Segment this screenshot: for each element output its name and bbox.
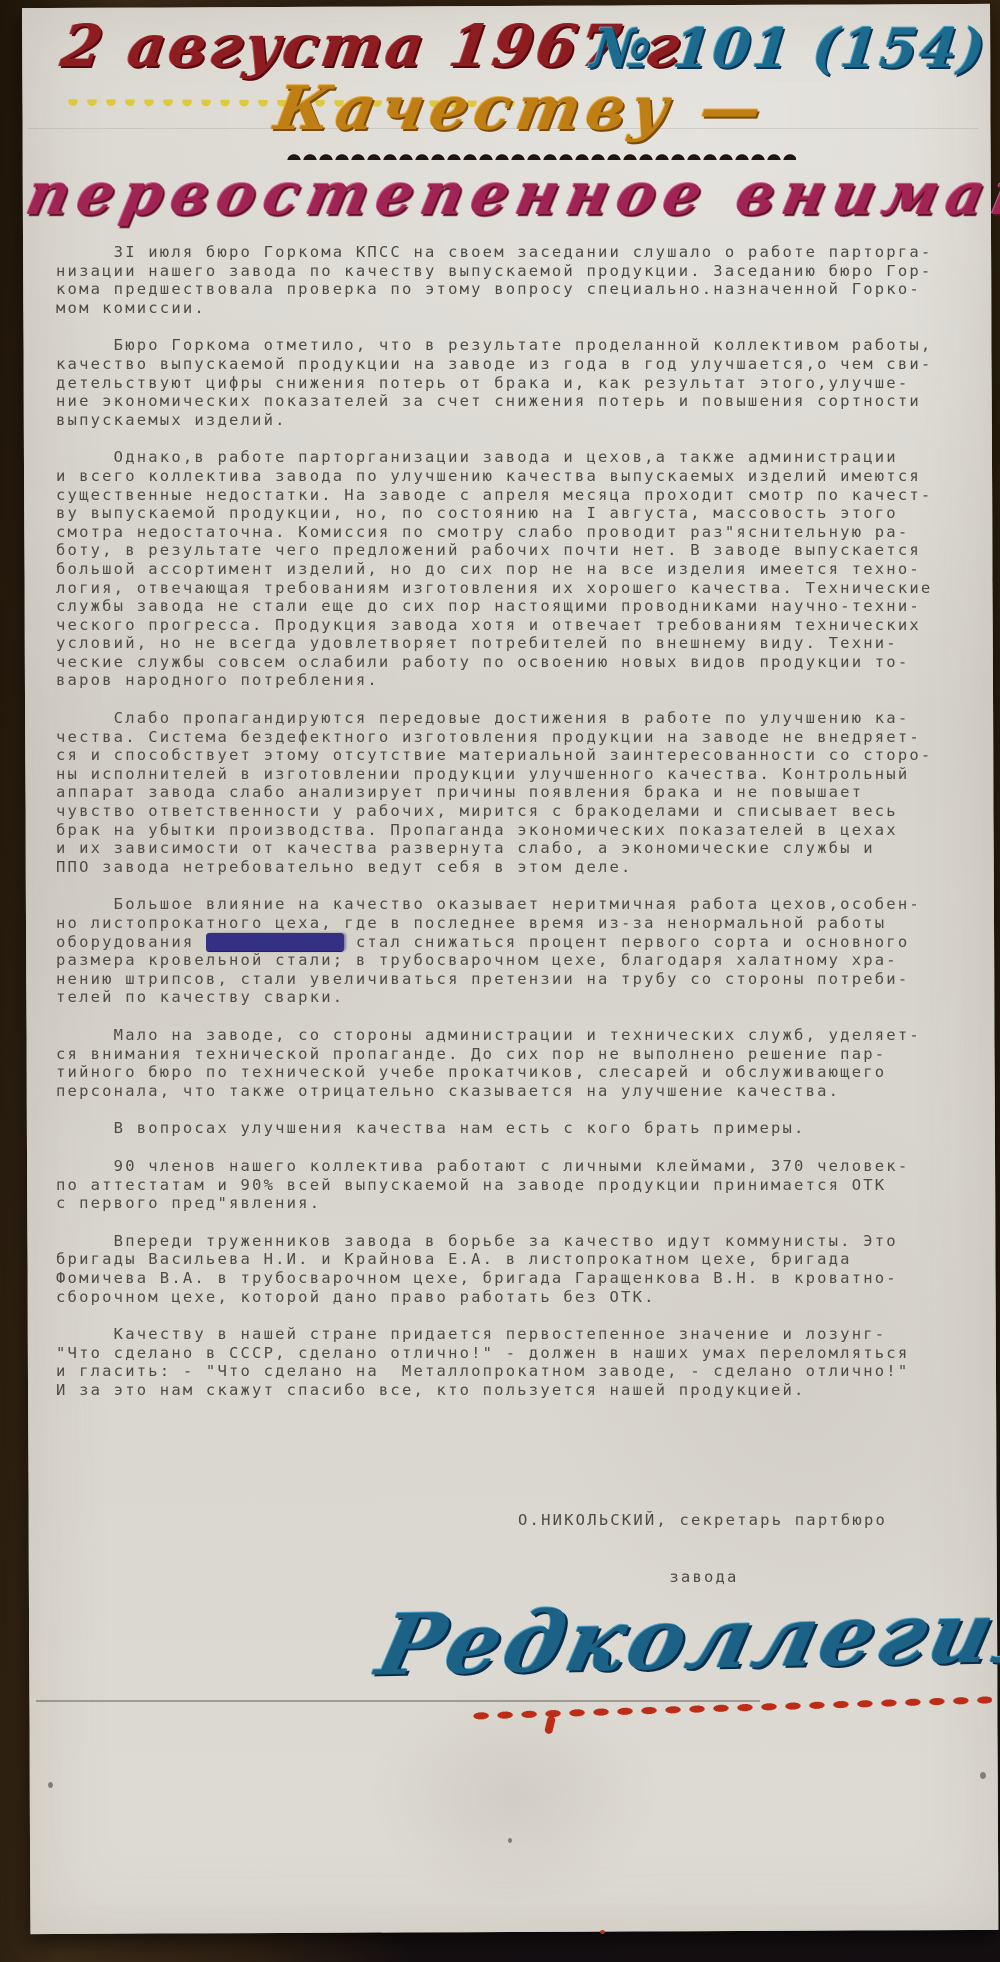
typed-line: условий, но не всегда удовлетворяет потр… — [56, 634, 988, 653]
paragraph: Бюро Горкома отметило, что в результате … — [56, 336, 988, 429]
paragraph: Впереди труженников завода в борьбе за к… — [56, 1232, 988, 1306]
typed-line: Слабо пропагандируются передовые достиже… — [56, 709, 988, 728]
typed-line: с первого пред"явления. — [56, 1194, 988, 1213]
typed-line: и их зависимости от качества развернута … — [56, 839, 988, 858]
typed-line: брак на убытки производства. Пропаганда … — [56, 821, 988, 840]
headline-line1: Качеству — — [270, 74, 773, 144]
typed-line: и всего коллектива завода по улучшению к… — [56, 467, 988, 486]
typed-line: Мало на заводе, со стороны администрации… — [56, 1026, 988, 1045]
typed-line: детельствуют цифры снижения потерь от бр… — [56, 374, 988, 393]
typed-line: Бюро Горкома отметило, что в результате … — [56, 336, 988, 355]
typed-line: тийного бюро по технической учебе прокат… — [56, 1063, 988, 1082]
typed-line: службы завода не стали еще до сих пор на… — [56, 597, 988, 616]
typed-line: ся и способствует этому отсутствие матер… — [56, 746, 988, 765]
typed-line: "Что сделано в СССР, сделано отлично!" -… — [56, 1344, 988, 1363]
typed-line: чества. Система бездефектного изготовлен… — [56, 728, 988, 747]
typed-line: И за это нам скажут спасибо все, кто пол… — [56, 1381, 988, 1400]
wavy-underline — [286, 149, 796, 160]
typed-line: Однако,в работе парторганизации завода и… — [56, 448, 988, 467]
typed-line: мом комиссии. — [56, 299, 988, 318]
typed-line: смотра недостаточна. Комиссия по смотру … — [56, 523, 988, 542]
typed-line: Качеству в нашей стране придается первос… — [56, 1325, 988, 1344]
tack-hole — [48, 1782, 53, 1788]
typed-line: и гласить: - "Что сделано на Металлопрок… — [56, 1362, 988, 1381]
typed-line: выпускаемых изделий. — [56, 411, 988, 430]
typed-line: чувство ответственности у рабочих, мирит… — [56, 802, 988, 821]
typed-line: большой ассортимент изделий, но до сих п… — [56, 560, 988, 579]
paragraph: В вопросах улучшения качества нам есть с… — [56, 1119, 988, 1138]
typed-line: Фомичева В.А. в трубосварочном цехе, бри… — [56, 1269, 988, 1288]
typed-line: сборочном цехе, которой дано право работ… — [56, 1288, 988, 1307]
paper-speck — [600, 1930, 605, 1934]
typed-line: Большое влияние на качество оказывает не… — [56, 895, 988, 914]
wall-newspaper-photo: 2 августа 1967 г. № 101 (154) Качеству —… — [0, 0, 1000, 1962]
typed-text: стал снижаться процент первого сорта и о… — [344, 933, 909, 951]
typed-line: телей по качеству сварки. — [56, 988, 988, 1007]
typed-line: ны исполнителей в изготовлении продукции… — [56, 765, 988, 784]
redacted-word: ████████████ — [206, 933, 344, 951]
typed-line: качество выпускаемой продукции на заводе… — [56, 355, 988, 374]
paragraph: Слабо пропагандируются передовые достиже… — [56, 709, 988, 876]
paragraph: Качеству в нашей стране придается первос… — [56, 1325, 988, 1399]
typed-line: низации нашего завода по качеству выпуск… — [56, 262, 988, 281]
signature-org: завода — [518, 1568, 890, 1587]
typed-line: Впереди труженников завода в борьбе за к… — [56, 1232, 988, 1251]
typed-line: размера кровельной стали; в трубосварочн… — [56, 951, 988, 970]
typed-line: ППО завода нетребовательно ведут себя в … — [56, 858, 988, 877]
typed-line: но листопрокатного цеха, где в последнее… — [56, 914, 988, 933]
signature-name: О.НИКОЛЬСКИЙ, секретарь партбюро — [518, 1511, 890, 1530]
pencil-line — [36, 1700, 760, 1702]
typed-line: боту, в результате чего предложений рабо… — [56, 541, 988, 560]
typed-line: оборудования ████████████ стал снижаться… — [56, 933, 988, 952]
paragraph: 90 членов нашего коллектива работают с л… — [56, 1157, 988, 1213]
tack-hole — [980, 1772, 986, 1779]
masthead-issue-number: № 101 (154) — [589, 16, 991, 80]
typed-line: ческого прогресса. Продукция завода хотя… — [56, 616, 988, 635]
typed-line: нению штрипсов, стали увеличиваться прет… — [56, 970, 988, 989]
paper-speck — [508, 1838, 512, 1843]
typed-line: по аттестатам и 90% всей выпускаемой на … — [56, 1176, 988, 1195]
typed-line: 3I июля бюро Горкома КПСС на своем засед… — [56, 243, 988, 262]
paragraph: Мало на заводе, со стороны администрации… — [56, 1026, 988, 1100]
typed-line: варов народного потребления. — [56, 671, 988, 690]
typed-line: логия, отвечающая требованиям изготовлен… — [56, 579, 988, 598]
headline-line2: первостепенное внимание — [21, 160, 1000, 228]
typed-line: кома предшествовала проверка по этому во… — [56, 280, 988, 299]
paragraph: Большое влияние на качество оказывает не… — [56, 895, 988, 1007]
typed-line: бригады Васильева Н.И. и Крайнова Е.А. в… — [56, 1250, 988, 1269]
article-body: 3I июля бюро Горкома КПСС на своем засед… — [56, 243, 988, 1418]
paragraph: Однако,в работе парторганизации завода и… — [56, 448, 988, 690]
typed-line: существенные недостатки. На заводе с апр… — [56, 486, 988, 505]
typed-text: оборудования — [56, 933, 206, 951]
typed-line: ние экономических показателей за счет сн… — [56, 392, 988, 411]
typed-line: В вопросах улучшения качества нам есть с… — [56, 1119, 988, 1138]
paragraph: 3I июля бюро Горкома КПСС на своем засед… — [56, 243, 988, 317]
typed-line: аппарат завода слабо анализирует причины… — [56, 783, 988, 802]
typed-line: 90 членов нашего коллектива работают с л… — [56, 1157, 988, 1176]
typed-line: персонала, что также отрицательно сказыв… — [56, 1082, 988, 1101]
editorial-board-signature: Редколлегия. — [369, 1581, 1000, 1695]
typed-line: ву выпускаемой продукции, но, по состоян… — [56, 504, 988, 523]
typed-line: ся внимания технической пропаганде. До с… — [56, 1045, 988, 1064]
typed-line: ческие службы совсем ослабили работу по … — [56, 653, 988, 672]
